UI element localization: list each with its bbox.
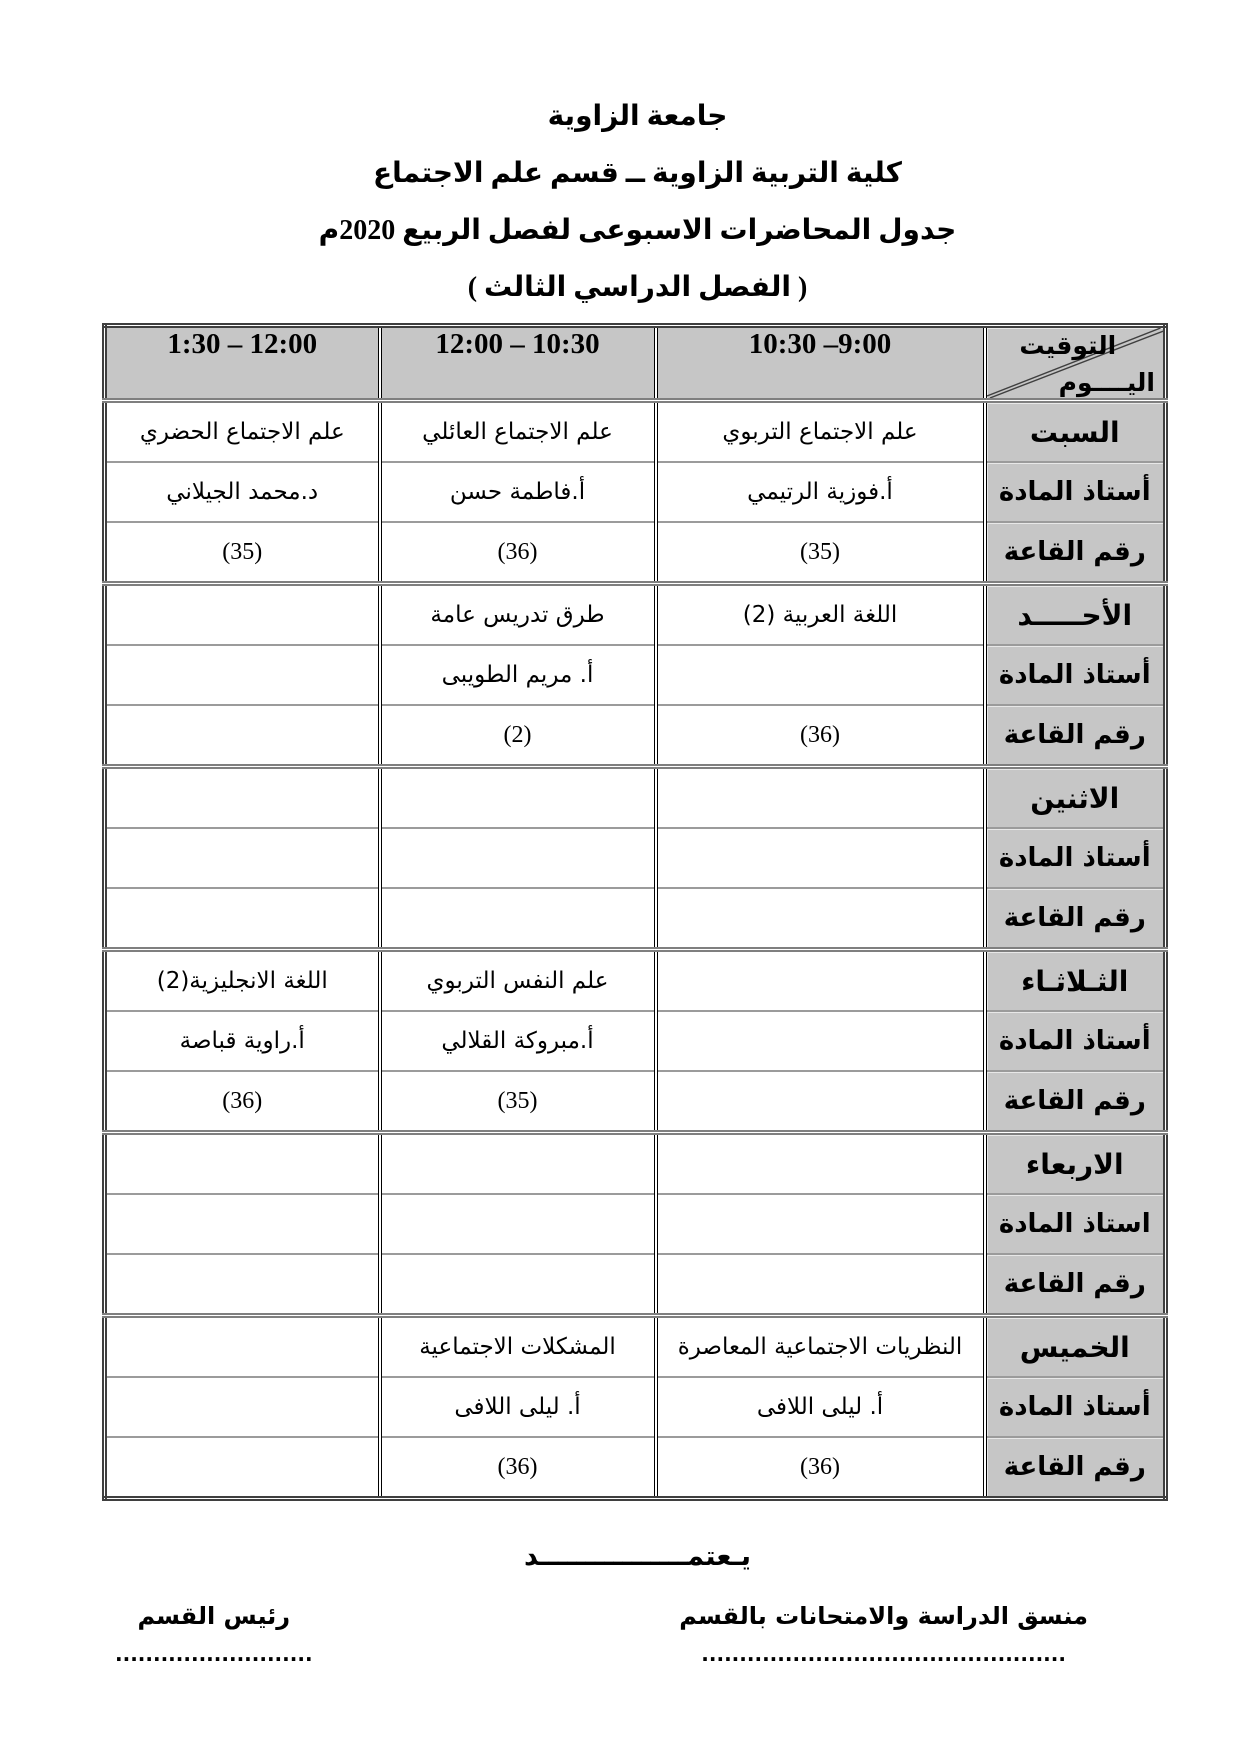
day-subjects-row: الأحـــــد اللغة العربية (2) طرق تدريس ع… — [105, 584, 1166, 646]
professor-label-cell: أستاذ المادة — [985, 1011, 1166, 1071]
document-page: جامعة الزاوية كلية التربية الزاوية ــ قس… — [0, 0, 1241, 1754]
department-head-signature-line: .......................... — [115, 1644, 313, 1664]
professor-row: أستاذ المادة أ. ليلى اللافى أ. ليلى اللا… — [105, 1377, 1166, 1437]
room-cell — [380, 1254, 656, 1316]
signature-section: منسق الدراسة والامتحانات بالقسم ........… — [107, 1602, 1168, 1664]
title-semester: ( الفصل الدراسي الثالث ) — [107, 266, 1168, 310]
professor-cell — [656, 1011, 985, 1071]
time-range: 12:00 – 10:30 — [435, 328, 599, 360]
subject-cell — [380, 767, 656, 829]
day-subjects-row: الاربعاء — [105, 1133, 1166, 1195]
subject-cell — [105, 1133, 380, 1195]
room-cell: (36) — [380, 1437, 656, 1499]
professor-cell — [105, 1194, 380, 1254]
room-cell: (35) — [656, 522, 985, 584]
room-cell — [656, 1071, 985, 1133]
professor-row: أستاذ المادة أ. مريم الطويبى — [105, 645, 1166, 705]
time-header-cell: 1:30 – 12:00 — [105, 326, 380, 401]
schedule-table: التوقيت اليــــوم 10:30 –9:00 12:00 – 10… — [102, 323, 1168, 1501]
department-head-signature-block: رئيس القسم .......................... — [115, 1602, 313, 1664]
professor-cell: أ. ليلى اللافى — [380, 1377, 656, 1437]
room-label-cell: رقم القاعة — [985, 1254, 1166, 1316]
time-header-cell: 10:30 –9:00 — [656, 326, 985, 401]
professor-cell — [656, 645, 985, 705]
room-row: رقم القاعة — [105, 1254, 1166, 1316]
room-cell: (36) — [380, 522, 656, 584]
professor-label-cell: أستاذ المادة — [985, 828, 1166, 888]
professor-cell — [380, 828, 656, 888]
room-cell: (35) — [105, 522, 380, 584]
room-number: (36) — [222, 1088, 262, 1114]
subject-cell — [656, 767, 985, 829]
room-row: رقم القاعة (36) (2) — [105, 705, 1166, 767]
professor-cell: أ. مريم الطويبى — [380, 645, 656, 705]
professor-cell: أ.فاطمة حسن — [380, 462, 656, 522]
room-number: (36) — [498, 539, 538, 565]
subject-cell: اللغة الانجليزية(2) — [105, 950, 380, 1012]
professor-cell — [105, 1377, 380, 1437]
document-header: جامعة الزاوية كلية التربية الزاوية ــ قس… — [107, 0, 1168, 310]
subject-cell: علم النفس التربوي — [380, 950, 656, 1012]
room-cell: (35) — [380, 1071, 656, 1133]
subject-cell — [105, 1316, 380, 1378]
professor-label-cell: أستاذ المادة — [985, 1377, 1166, 1437]
room-cell — [380, 888, 656, 950]
professor-cell — [105, 828, 380, 888]
room-cell — [105, 888, 380, 950]
department-head-title: رئيس القسم — [115, 1602, 313, 1630]
time-range: 1:30 – 12:00 — [167, 328, 317, 360]
professor-cell: أ.مبروكة القلالي — [380, 1011, 656, 1071]
subject-cell — [656, 1133, 985, 1195]
day-name-cell: الأحـــــد — [985, 584, 1166, 646]
title-schedule: جدول المحاضرات الاسبوعى لفصل الربيع 2020… — [107, 209, 1168, 253]
room-cell — [656, 888, 985, 950]
title-university: جامعة الزاوية — [107, 95, 1168, 139]
coordinator-signature-block: منسق الدراسة والامتحانات بالقسم ........… — [679, 1602, 1088, 1664]
day-subjects-row: الثـلاثـاء علم النفس التربوي اللغة الانج… — [105, 950, 1166, 1012]
professor-cell — [656, 828, 985, 888]
subject-cell: علم الاجتماع الحضري — [105, 401, 380, 463]
room-row: رقم القاعة (35) (36) (35) — [105, 522, 1166, 584]
professor-row: أستاذ المادة أ.فوزية الرتيمي أ.فاطمة حسن… — [105, 462, 1166, 522]
professor-row: أستاذ المادة — [105, 828, 1166, 888]
header-row: التوقيت اليــــوم 10:30 –9:00 12:00 – 10… — [105, 326, 1166, 401]
room-label-cell: رقم القاعة — [985, 1071, 1166, 1133]
subject-cell — [105, 584, 380, 646]
subject-cell: علم الاجتماع التربوي — [656, 401, 985, 463]
professor-label-cell: استاذ المادة — [985, 1194, 1166, 1254]
day-name-cell: الاربعاء — [985, 1133, 1166, 1195]
room-number: (35) — [800, 539, 840, 565]
day-name-cell: الاثنين — [985, 767, 1166, 829]
room-label-cell: رقم القاعة — [985, 522, 1166, 584]
room-cell: (36) — [656, 1437, 985, 1499]
subject-cell: النظريات الاجتماعية المعاصرة — [656, 1316, 985, 1378]
subject-cell — [105, 767, 380, 829]
room-number: (36) — [498, 1454, 538, 1480]
professor-cell: أ. ليلى اللافى — [656, 1377, 985, 1437]
subject-cell — [656, 950, 985, 1012]
room-number: (2) — [504, 722, 532, 748]
approved-text: يـعتمــــــــــــــــد — [107, 1541, 1168, 1572]
day-subjects-row: الاثنين — [105, 767, 1166, 829]
room-label-cell: رقم القاعة — [985, 888, 1166, 950]
room-label-cell: رقم القاعة — [985, 705, 1166, 767]
room-number: (35) — [498, 1088, 538, 1114]
subject-cell: المشكلات الاجتماعية — [380, 1316, 656, 1378]
professor-row: أستاذ المادة أ.مبروكة القلالي أ.راوية قب… — [105, 1011, 1166, 1071]
room-number: (35) — [222, 539, 262, 565]
day-axis-label: اليــــوم — [1059, 368, 1155, 397]
professor-cell: د.محمد الجيلاني — [105, 462, 380, 522]
day-subjects-row: السبت علم الاجتماع التربوي علم الاجتماع … — [105, 401, 1166, 463]
room-row: رقم القاعة (35) (36) — [105, 1071, 1166, 1133]
corner-cell: التوقيت اليــــوم — [985, 326, 1166, 401]
day-name-cell: الخميس — [985, 1316, 1166, 1378]
subject-cell: اللغة العربية (2) — [656, 584, 985, 646]
professor-cell — [105, 645, 380, 705]
time-header-cell: 12:00 – 10:30 — [380, 326, 656, 401]
room-cell — [105, 705, 380, 767]
room-number: (36) — [800, 722, 840, 748]
day-subjects-row: الخميس النظريات الاجتماعية المعاصرة المش… — [105, 1316, 1166, 1378]
professor-label-cell: أستاذ المادة — [985, 645, 1166, 705]
subject-cell — [380, 1133, 656, 1195]
coordinator-title: منسق الدراسة والامتحانات بالقسم — [679, 1602, 1088, 1630]
professor-label-cell: أستاذ المادة — [985, 462, 1166, 522]
professor-row: استاذ المادة — [105, 1194, 1166, 1254]
room-number: (36) — [800, 1454, 840, 1480]
room-cell — [105, 1254, 380, 1316]
professor-cell — [380, 1194, 656, 1254]
room-cell — [105, 1437, 380, 1499]
room-cell: (36) — [105, 1071, 380, 1133]
time-range: 10:30 –9:00 — [749, 328, 892, 360]
professor-cell: أ.فوزية الرتيمي — [656, 462, 985, 522]
title-faculty-department: كلية التربية الزاوية ــ قسم علم الاجتماع — [107, 152, 1168, 196]
professor-cell: أ.راوية قباصة — [105, 1011, 380, 1071]
room-label-cell: رقم القاعة — [985, 1437, 1166, 1499]
day-name-cell: السبت — [985, 401, 1166, 463]
subject-cell: طرق تدريس عامة — [380, 584, 656, 646]
room-row: رقم القاعة (36) (36) — [105, 1437, 1166, 1499]
day-name-cell: الثـلاثـاء — [985, 950, 1166, 1012]
room-cell: (36) — [656, 705, 985, 767]
room-cell — [656, 1254, 985, 1316]
room-row: رقم القاعة — [105, 888, 1166, 950]
timing-axis-label: التوقيت — [987, 331, 1150, 360]
professor-cell — [656, 1194, 985, 1254]
subject-cell: علم الاجتماع العائلي — [380, 401, 656, 463]
coordinator-signature-line: ........................................… — [679, 1644, 1088, 1664]
room-cell: (2) — [380, 705, 656, 767]
